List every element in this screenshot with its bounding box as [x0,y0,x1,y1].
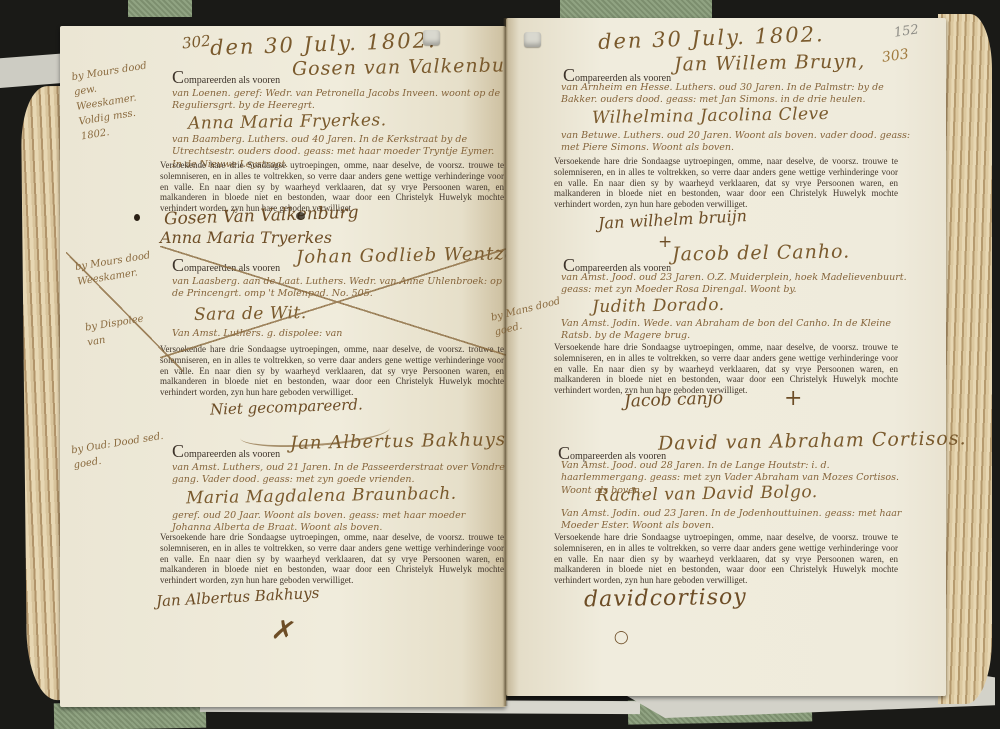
groom-signature: Jacob canjo [624,388,724,411]
groom-name: Jacob del Canho. [672,240,851,265]
entry-details: van Loenen. geref: Wedr. van Petronella … [172,88,504,113]
groom-name: David van Abraham Cortisos. [658,427,967,454]
ink-speck [134,214,140,221]
entry-details: van Arnheim en Hesse. Luthers. oud 30 Ja… [561,82,913,107]
printed-banns-formula: Versoekende hare drie Sondaagse uytroepi… [554,532,898,586]
entry-details: Van Amst. Jodin. oud 23 Jaren. In de Jod… [561,508,913,533]
bride-name: Rachel van David Bolgo. [596,482,818,506]
ink-speck [296,212,305,220]
scanned-register-photo: 302 den 30 July. 1802. by Mours dood gew… [0,0,1000,729]
gutter-clip [524,32,541,47]
printed-banns-formula: Versoekende hare drie Sondaagse uytroepi… [554,156,898,210]
entry-details: van Betuwe. Luthers. oud 20 Jaren. Woont… [561,130,913,155]
entry-details: geref. oud 20 Jaar. Woont als boven. gea… [172,510,506,535]
bride-cross-mark: + [658,232,672,252]
right-page-number-ink: 303 [881,46,910,66]
cross-out-marks [160,246,516,358]
right-page-number-pencil: 152 [893,22,920,40]
groom-signature: Jan Albertus Bakhuys [156,584,320,611]
groom-name: Jan Albertus Bakhuys [290,429,506,454]
left-page-number: 302 [181,32,211,53]
entry-lead-in: Compareerden als vooren [172,70,280,86]
margin-note: by Mours dood gew. Weeskamer. Voldig mss… [71,59,158,145]
margin-note: by Oud: Dood sed. goed. [70,429,167,473]
book-gutter [503,18,508,706]
bride-circle-mark: ◯ [614,630,629,645]
fabric-strap-top-left [128,0,192,17]
printed-banns-formula: Versoekende hare drie Sondaagse uytroepi… [160,532,504,586]
gutter-clip [423,30,440,45]
bride-cross-mark: + [784,386,802,411]
bride-cross-mark: ✗ [269,612,299,649]
bride-name: Judith Dorado. [592,295,725,317]
cross-out-marks [66,252,184,372]
groom-signature: davidcortisoy [584,585,747,613]
entry-details: van Amst. Jood. oud 23 Jaren. O.Z. Muide… [561,272,913,297]
bride-name: Maria Magdalena Braunbach. [186,484,457,509]
right-page: 152 303 den 30 July. 1802. Compareerden … [506,18,946,696]
groom-name: Gosen van Valkenburg. [292,54,536,80]
left-page: 302 den 30 July. 1802. by Mours dood gew… [60,26,506,707]
entry-lead-in: Compareerden als vooren [172,444,280,460]
not-appeared-note: Niet gecompareerd. [210,395,363,418]
bride-signature: Anna Maria Tryerkes [160,228,332,247]
bride-name: Anna Maria Fryerkes. [188,110,387,133]
page-edges-right [938,14,992,704]
groom-name: Jan Willem Bruyn, [674,50,866,75]
groom-signature: Jan wilhelm bruijn [598,206,748,233]
bride-name: Wilhelmina Jacolina Cleve [592,104,830,128]
left-date-header: den 30 July. 1802. [210,28,437,60]
entry-details: Van Amst. Jodin. Wede. van Abraham de bo… [561,318,913,343]
printed-banns-formula: Versoekende hare drie Sondaagse uytroepi… [554,342,898,396]
right-date-header: den 30 July. 1802. [598,22,825,54]
